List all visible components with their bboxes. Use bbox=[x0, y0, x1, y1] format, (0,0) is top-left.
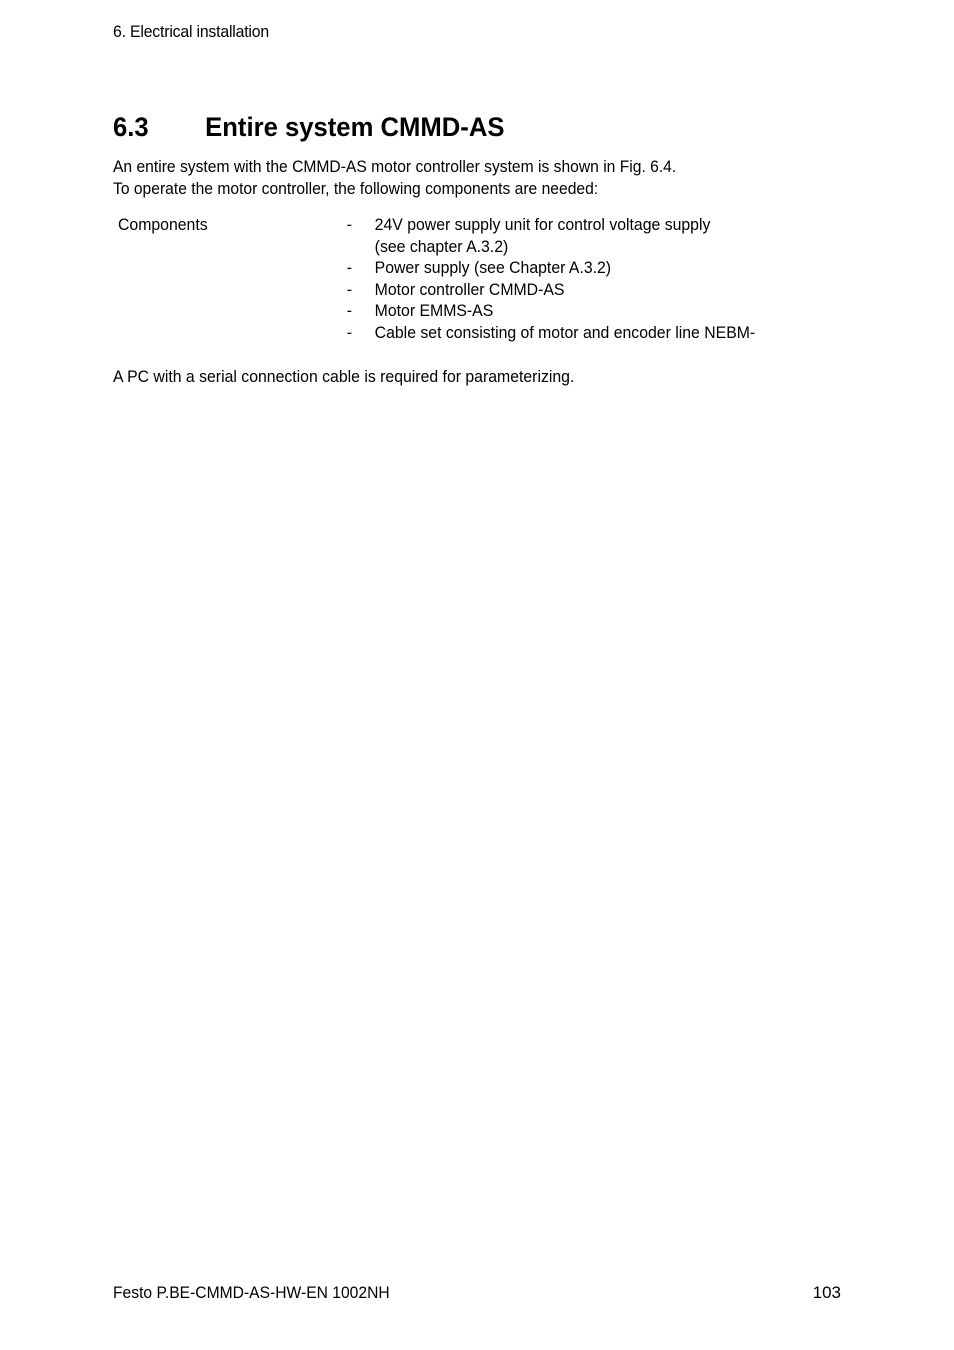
footer-page-number: 103 bbox=[813, 1283, 841, 1303]
component-text: Motor EMMS-AS bbox=[375, 301, 494, 320]
component-text: Power supply (see Chapter A.3.2) bbox=[375, 258, 611, 277]
component-items: - 24V power supply unit for control volt… bbox=[347, 214, 831, 344]
section-number: 6.3 bbox=[113, 112, 205, 143]
component-text: Cable set consisting of motor and encode… bbox=[375, 323, 756, 342]
intro-paragraph: An entire system with the CMMD-AS motor … bbox=[113, 156, 676, 199]
list-item: - Motor EMMS-AS bbox=[347, 300, 831, 322]
bullet-dash: - bbox=[347, 279, 352, 301]
list-item: - Motor controller CMMD-AS bbox=[347, 279, 831, 301]
component-text: Motor controller CMMD-AS bbox=[375, 280, 565, 299]
list-item: - Cable set consisting of motor and enco… bbox=[347, 322, 831, 344]
bullet-dash: - bbox=[347, 322, 352, 344]
component-text: 24V power supply unit for control voltag… bbox=[375, 215, 711, 234]
bullet-dash: - bbox=[347, 300, 352, 322]
closing-paragraph: A PC with a serial connection cable is r… bbox=[113, 367, 574, 387]
list-item: - Power supply (see Chapter A.3.2) bbox=[347, 257, 831, 279]
intro-line-2: To operate the motor controller, the fol… bbox=[113, 178, 676, 200]
section-heading: 6.3 Entire system CMMD-AS bbox=[113, 112, 504, 143]
component-continuation: (see chapter A.3.2) bbox=[375, 236, 831, 258]
section-title: Entire system CMMD-AS bbox=[205, 112, 504, 143]
bullet-dash: - bbox=[347, 214, 352, 236]
footer-document-id: Festo P.BE-CMMD-AS-HW-EN 1002NH bbox=[113, 1283, 390, 1303]
components-label: Components bbox=[118, 214, 208, 236]
list-item: - 24V power supply unit for control volt… bbox=[347, 214, 831, 257]
intro-line-1: An entire system with the CMMD-AS motor … bbox=[113, 156, 676, 178]
bullet-dash: - bbox=[347, 257, 352, 279]
running-header: 6. Electrical installation bbox=[113, 22, 269, 42]
